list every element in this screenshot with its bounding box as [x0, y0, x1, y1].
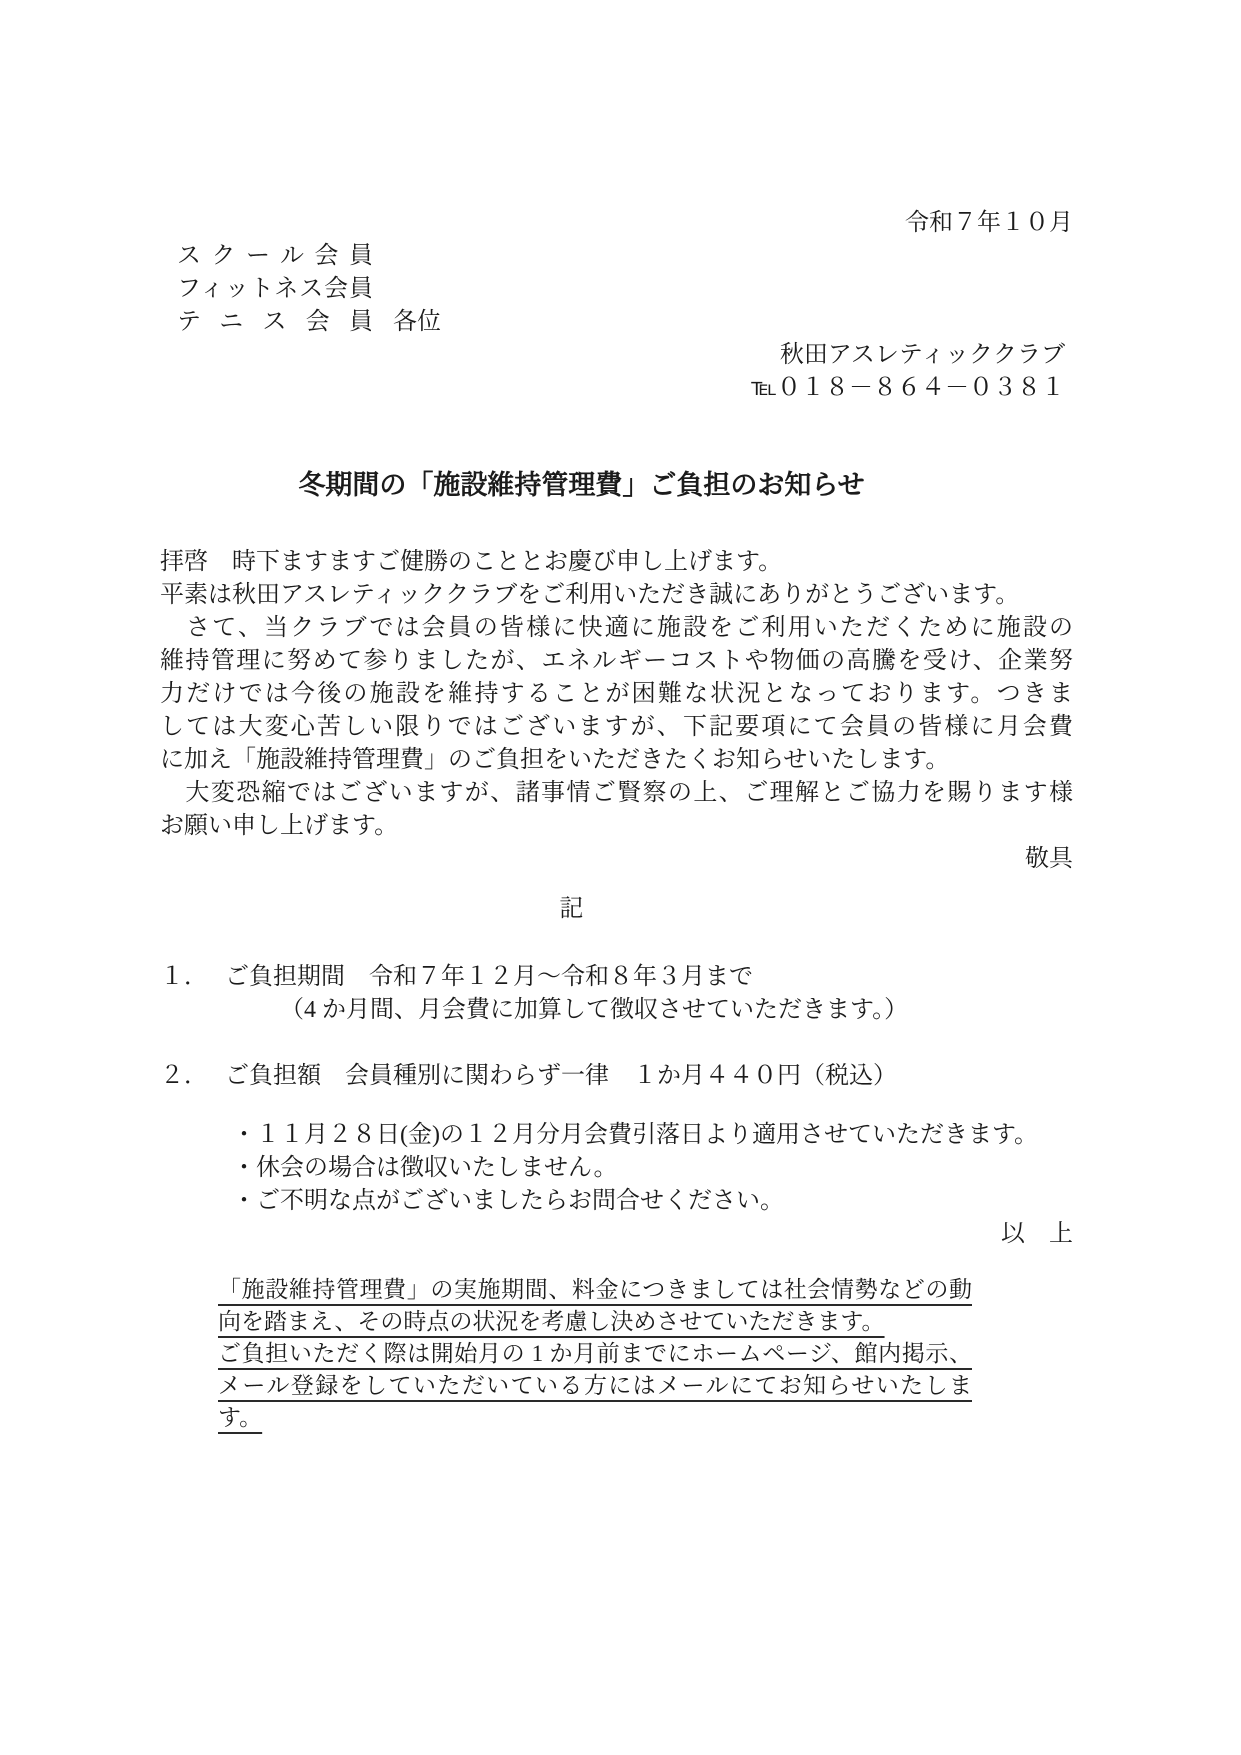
- sender-name: 秋田アスレティッククラブ: [160, 339, 1065, 372]
- text-line: メール登録をしていただいている方にはメールにてお知らせいたしま: [218, 1370, 972, 1402]
- recipient-line: テニス会員各位: [177, 306, 1073, 339]
- paragraph: 大変恐縮ではございますが、諸事情ご賢察の上、ご理解とご協力を賜ります様お願い申し…: [160, 777, 1073, 843]
- document-content: 令和７年１０月 スクール会員 フィットネス会員 テニス会員各位 秋田アスレティッ…: [160, 0, 1073, 1434]
- paragraph: 平素は秋田アスレティッククラブをご利用いただき誠にありがとうございます。: [160, 579, 1073, 612]
- text-line: ご負担いただく際は開始月の 1 か月前までにホームページ、館内掲示、: [218, 1338, 972, 1370]
- recipient-block: スクール会員 フィットネス会員 テニス会員各位: [177, 240, 1073, 339]
- recipient-suffix: 各位: [393, 309, 441, 335]
- text-line: 大変恐縮ではございますが、諸事情ご賢察の上、ご理解とご協力を賜ります様: [160, 777, 1073, 810]
- sender-tel: ℡０１８－８６４－０３８１: [160, 372, 1065, 405]
- body-text: 拝啓 時下ますますご健勝のこととお慶び申し上げます。平素は秋田アスレティッククラ…: [160, 546, 1073, 843]
- closing-keigu: 敬具: [160, 843, 1073, 876]
- item-subtext: （4 か月間、月会費に加算して徴収させていただきます。）: [280, 994, 1073, 1027]
- document-page: 令和７年１０月 スクール会員 フィットネス会員 テニス会員各位 秋田アスレティッ…: [0, 0, 1241, 1755]
- item-2: ２．ご負担額 会員種別に関わらず一律 １か月４４０円（税込）: [160, 1060, 1073, 1093]
- recipient-name: フィットネス会員: [177, 273, 373, 306]
- sender-block: 秋田アスレティッククラブ ℡０１８－８６４－０３８１: [160, 339, 1073, 405]
- paragraph: ご負担いただく際は開始月の 1 か月前までにホームページ、館内掲示、メール登録を…: [218, 1338, 972, 1434]
- closing-ijou: 以 上: [160, 1218, 1073, 1251]
- note-box: 「施設維持管理費」の実施期間、料金につきましては社会情勢などの動向を踏まえ、その…: [218, 1274, 972, 1434]
- text-line: す。: [218, 1402, 972, 1434]
- paragraph: 拝啓 時下ますますご健勝のこととお慶び申し上げます。: [160, 546, 1073, 579]
- recipient-line: フィットネス会員: [177, 273, 1073, 306]
- text-line: 平素は秋田アスレティッククラブをご利用いただき誠にありがとうございます。: [160, 579, 1073, 612]
- recipient-name: テニス会員: [177, 306, 373, 339]
- bullet-item: ・休会の場合は徴収いたしません。: [232, 1152, 1073, 1185]
- text-line: に加え「施設維持管理費」のご負担をいただきたくお知らせいたします。: [160, 744, 1073, 777]
- item-1: １．ご負担期間 令和７年１２月～令和８年３月まで （4 か月間、月会費に加算して…: [160, 961, 1073, 1027]
- text-line: 拝啓 時下ますますご健勝のこととお慶び申し上げます。: [160, 546, 1073, 579]
- item-text: ご負担額 会員種別に関わらず一律 １か月４４０円（税込）: [225, 1063, 897, 1089]
- notice-title: 冬期間の「施設維持管理費」ご負担のお知らせ: [160, 465, 1073, 505]
- text-line: しては大変心苦しい限りではございますが、下記要項にて会員の皆様に月会費: [160, 711, 1073, 744]
- bullet-list: ・１１月２８日(金)の１２月分月会費引落日より適用させていただきます。・休会の場…: [232, 1119, 1073, 1218]
- paragraph: 「施設維持管理費」の実施期間、料金につきましては社会情勢などの動向を踏まえ、その…: [218, 1274, 972, 1338]
- recipient-name: スクール会員: [177, 240, 373, 273]
- bullet-item: ・ご不明な点がございましたらお問合せください。: [232, 1185, 1073, 1218]
- text-line: 維持管理に努めて参りましたが、エネルギーコストや物価の高騰を受け、企業努: [160, 645, 1073, 678]
- text-line: 「施設維持管理費」の実施期間、料金につきましては社会情勢などの動: [218, 1274, 972, 1306]
- recipient-line: スクール会員: [177, 240, 1073, 273]
- item-number: ２．: [160, 1060, 225, 1093]
- paragraph: さて、当クラブでは会員の皆様に快適に施設をご利用いただくために施設の維持管理に努…: [160, 612, 1073, 777]
- bullet-item: ・１１月２８日(金)の１２月分月会費引落日より適用させていただきます。: [232, 1119, 1073, 1152]
- text-line: お願い申し上げます。: [160, 810, 1073, 843]
- text-line: 向を踏まえ、その時点の状況を考慮し決めさせていただきます。: [218, 1306, 972, 1338]
- item-number: １．: [160, 961, 225, 994]
- item-text: ご負担期間 令和７年１２月～令和８年３月まで: [225, 964, 753, 990]
- date-line: 令和７年１０月: [160, 207, 1073, 240]
- text-line: 力だけでは今後の施設を維持することが困難な状況となっております。つきま: [160, 678, 1073, 711]
- text-line: さて、当クラブでは会員の皆様に快適に施設をご利用いただくために施設の: [160, 612, 1073, 645]
- ki-heading: 記: [160, 893, 1073, 926]
